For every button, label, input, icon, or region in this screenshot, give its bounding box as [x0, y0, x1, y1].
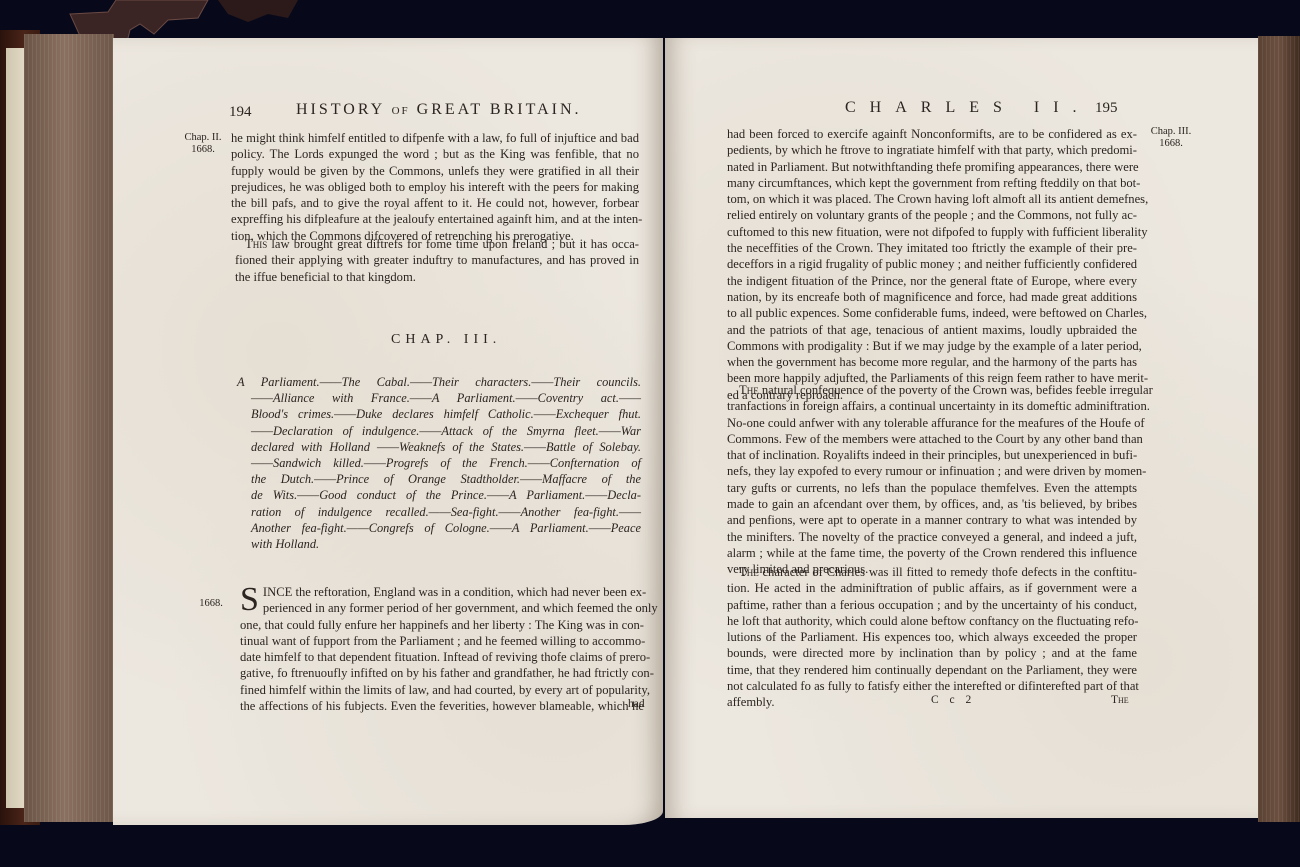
text-line: tary gufts or currents, no lefs than the… — [727, 480, 1137, 496]
text-line: the iffue beneficial to that kingdom. — [235, 269, 639, 285]
text-line: The natural confequence of the poverty o… — [727, 382, 1137, 398]
argument-line: ——Sandwich killed.——Progrefs of the Fren… — [237, 455, 641, 471]
text-line: lutions of the Parliament. His expences … — [727, 629, 1137, 645]
text-line: had been forced to exercife againft Nonc… — [727, 126, 1137, 142]
text-line: he loft that authority, which could alon… — [727, 613, 1137, 629]
text-line: and penfions, were apt to operate in a m… — [727, 512, 1137, 528]
argument-line: with Holland. — [237, 536, 641, 552]
text-line: tinual want of fupport from the Parliame… — [240, 633, 644, 649]
catchword-right: The — [1111, 694, 1129, 706]
text-line: to all public expences. Some confiderabl… — [727, 305, 1137, 321]
text-line: nefs, they lay expofed to every rumour o… — [727, 463, 1137, 479]
text-line: Commons with prodigality : But if we may… — [727, 338, 1137, 354]
text-fragment: the reftoration, England was in a condit… — [292, 585, 646, 599]
running-head-great-britain: GREAT BRITAIN. — [417, 101, 582, 118]
small-caps-lead: The — [739, 565, 759, 579]
margin-note-chapter-right: Chap. III. 1668. — [1143, 126, 1199, 150]
argument-line: Blood's crimes.——Duke declares himfelf C… — [237, 406, 641, 422]
page-number-right: 195 — [1095, 100, 1118, 117]
text-line: date himfelf to that dependent fituation… — [240, 649, 644, 665]
text-line: many circumftances, which kept the gover… — [727, 175, 1137, 191]
running-head-of: OF — [392, 105, 410, 117]
text-line: bounds, were directed more by inclinatio… — [727, 645, 1137, 661]
catchword-left: had — [628, 698, 645, 710]
text-line: cuftomed to this new fituation, were not… — [727, 224, 1137, 240]
text-line: policy. The Lords expunged the word ; bu… — [231, 146, 639, 162]
text-line: the affections of his fubjects. Even the… — [240, 698, 644, 714]
drop-cap: S — [240, 586, 259, 614]
left-page-edges — [24, 34, 114, 822]
book-photo-scene: 194 HISTORY OF GREAT BRITAIN. Chap. II. … — [0, 0, 1300, 867]
argument-line: the Dutch.——Prince of Orange Stadtholder… — [237, 471, 641, 487]
text-line: fined himfelf within the limits of law, … — [240, 682, 644, 698]
argument-line: A Parliament.——The Cabal.——Their charact… — [237, 374, 641, 390]
running-head-right: CHARLES II. — [845, 99, 1091, 117]
margin-year: 1668. — [1143, 138, 1199, 150]
text-line: expreffing his difpleafure at the jealou… — [231, 211, 639, 227]
left-main-paragraph: S INCE the reftoration, England was in a… — [240, 584, 644, 714]
text-line: tion. He acted in the adminiftration of … — [727, 580, 1137, 596]
argument-line: Another fea-fight.——Congrefs of Cologne.… — [237, 520, 641, 536]
text-line: tom, on which it was placed. The Crown h… — [727, 191, 1137, 207]
margin-chapter: Chap. II. — [177, 132, 229, 144]
text-line: The character of Charles was ill fitted … — [727, 564, 1137, 580]
text-line: Commons. Few of the members were attache… — [727, 431, 1137, 447]
text-line: This law brought great diftrefs for fome… — [235, 236, 639, 252]
text-line: INCE the reftoration, England was in a c… — [240, 584, 644, 600]
text-fragment: character of Charles was ill fitted to r… — [759, 565, 1137, 579]
right-page: CHARLES II. 195 Chap. III. 1668. had bee… — [665, 38, 1258, 818]
text-line: the minifters. The novelty of the practi… — [727, 529, 1137, 545]
text-line: alarm ; while at the fame time, the pove… — [727, 545, 1137, 561]
text-line: fupply would be given by the Commons, un… — [231, 163, 639, 179]
text-line: tranfactions in foreign affairs, a conti… — [727, 398, 1137, 414]
text-line: when the government has become more regu… — [727, 354, 1137, 370]
running-head-left: HISTORY OF GREAT BRITAIN. — [296, 101, 582, 119]
text-line: the bill pafs, and to give the royal aff… — [231, 195, 639, 211]
margin-year: 1668. — [177, 144, 229, 156]
argument-line: ——Alliance with France.——A Parliament.——… — [237, 390, 641, 406]
right-paragraph-2: The natural confequence of the poverty o… — [727, 382, 1137, 578]
margin-note-chapter-left: Chap. II. 1668. — [177, 132, 229, 156]
text-fragment: law brought great diftrefs for fome time… — [267, 237, 639, 251]
text-line: not calculated fo as fully to fatisfy ei… — [727, 678, 1137, 694]
text-line: he might think himfelf entitled to difpe… — [231, 130, 639, 146]
small-caps-lead: INCE — [263, 585, 292, 599]
running-head-history: HISTORY — [296, 101, 385, 118]
text-line: nated in Parliament. But notwithftanding… — [727, 159, 1137, 175]
text-line: No-one could anfwer with any tolerable a… — [727, 415, 1137, 431]
margin-note-year-left: 1668. — [193, 598, 229, 610]
argument-line: declared with Holland ——Weaknefs of the … — [237, 439, 641, 455]
chapter-heading: CHAP. III. — [391, 332, 501, 348]
signature-mark: C c 2 — [931, 694, 975, 706]
text-line: gative, fo ftrenuoufly infifted on by hi… — [240, 665, 644, 681]
right-paragraph-1: had been forced to exercife againft Nonc… — [727, 126, 1137, 403]
text-line: prejudices, he was obliged both to emplo… — [231, 179, 639, 195]
text-line: and the patriots of that age, tenacious … — [727, 322, 1137, 338]
right-page-edges — [1258, 36, 1300, 822]
argument-line: ration of indulgence recalled.——Sea-figh… — [237, 504, 641, 520]
margin-chapter: Chap. III. — [1143, 126, 1199, 138]
left-second-paragraph: This law brought great diftrefs for fome… — [235, 236, 639, 285]
text-line: made to gain an afcendant over them, by … — [727, 496, 1137, 512]
page-number-left: 194 — [229, 104, 252, 121]
text-line: the neceffities of the Crown. They imita… — [727, 240, 1137, 256]
text-line: the indigent fituation of the Prince, no… — [727, 273, 1137, 289]
text-line: time, that they rendered him continually… — [727, 662, 1137, 678]
chapter-argument: A Parliament.——The Cabal.——Their charact… — [237, 374, 641, 552]
text-line: deceffors in a rigid frugality of public… — [727, 256, 1137, 272]
argument-line: de Wits.——Good conduct of the Prince.——A… — [237, 487, 641, 503]
text-line: nation, by its encreafe both of magnific… — [727, 289, 1137, 305]
text-fragment: natural confequence of the poverty of th… — [759, 383, 1153, 397]
small-caps-lead: The — [739, 383, 759, 397]
text-line: that of inclination. Royalifts indeed in… — [727, 447, 1137, 463]
text-line: paftime, rather than a ferious occupatio… — [727, 597, 1137, 613]
text-line: relied entirely on voluntary grants of t… — [727, 207, 1137, 223]
argument-line: ——Declaration of indulgence.——Attack of … — [237, 423, 641, 439]
text-line: one, that could fully enfure her happine… — [240, 617, 644, 633]
text-line: fioned their applying with greater induf… — [235, 252, 639, 268]
text-line: perienced in any former period of her go… — [240, 600, 644, 616]
right-paragraph-3: The character of Charles was ill fitted … — [727, 564, 1137, 711]
small-caps-lead: This — [245, 237, 267, 251]
text-line: pedients, by which he ftrove to ingratia… — [727, 142, 1137, 158]
left-opening-paragraph: he might think himfelf entitled to difpe… — [231, 130, 639, 244]
left-page: 194 HISTORY OF GREAT BRITAIN. Chap. II. … — [113, 38, 663, 825]
